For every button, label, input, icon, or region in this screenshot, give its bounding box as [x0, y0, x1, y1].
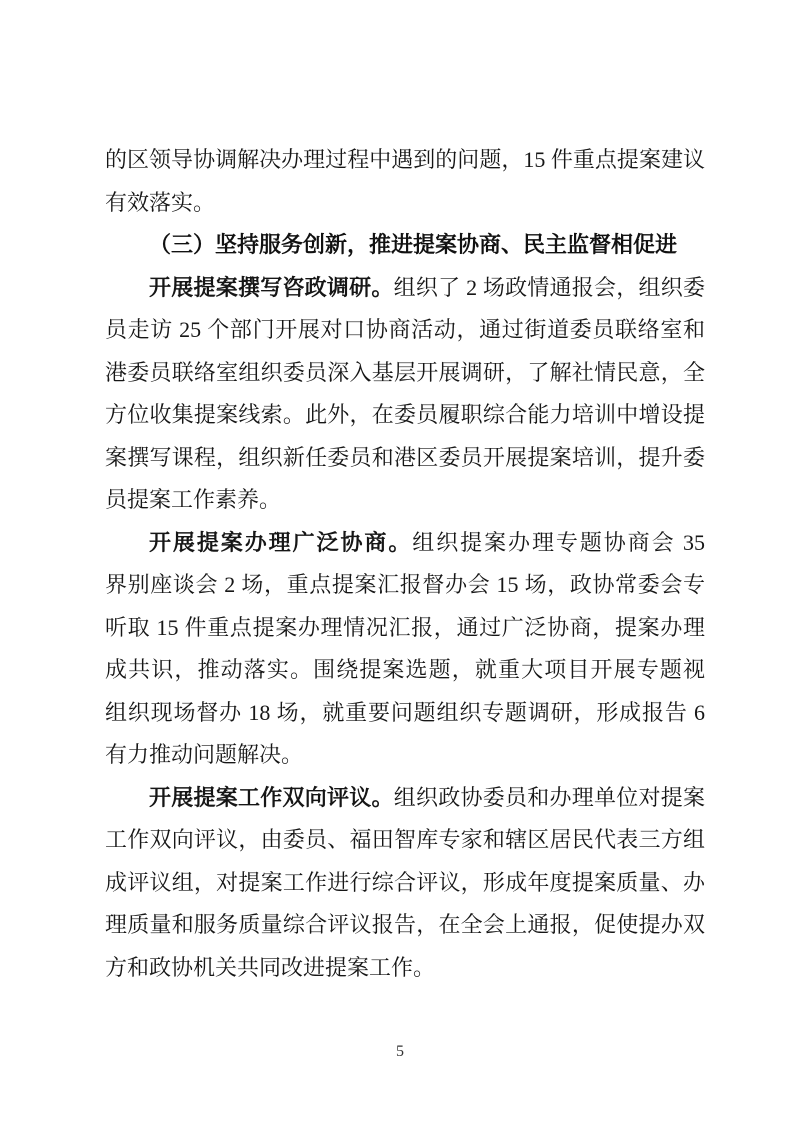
text-line: 的区领导协调解决办理过程中遇到的问题，15 件重点提案建议	[105, 139, 705, 182]
paragraph-end-line: 有效落实。	[105, 182, 705, 225]
document-page: 的区领导协调解决办理过程中遇到的问题，15 件重点提案建议 有效落实。 （三）坚…	[0, 0, 800, 1131]
text-line: 理质量和服务质量综合评议报告，在全会上通报，促使提办双	[105, 904, 705, 947]
text-line: 成共识，推动落实。围绕提案选题，就重大项目开展专题视察，	[105, 649, 705, 692]
text-line: 组织现场督办 18 场，就重要问题组织专题调研，形成报告 6 份，	[105, 692, 705, 735]
text-line: 案撰写课程，组织新任委员和港区委员开展提案培训，提升委	[105, 437, 705, 480]
paragraph-start-line: 开展提案撰写咨政调研。组织了 2 场政情通报会，组织委	[105, 267, 705, 310]
page-number: 5	[0, 1040, 800, 1064]
line-text: 组织了 2 场政情通报会，组织委	[394, 275, 705, 300]
paragraph-end-line: 员提案工作素养。	[105, 479, 705, 522]
section-heading: （三）坚持服务创新，推进提案协商、民主监督相促进	[105, 224, 705, 267]
paragraph-end-line: 方和政协机关共同改进提案工作。	[105, 947, 705, 990]
text-line: 方位收集提案线索。此外，在委员履职综合能力培训中增设提	[105, 394, 705, 437]
line-text: 组织政协委员和办理单位对提案	[394, 785, 705, 810]
text-line: 员走访 25 个部门开展对口协商活动，通过街道委员联络室和香	[105, 309, 705, 352]
paragraph-lead: 开展提案工作双向评议。	[149, 785, 394, 810]
text-line: 界别座谈会 2 场，重点提案汇报督办会 15 场，政协常委会专门	[105, 564, 705, 607]
paragraph-end-line: 有力推动问题解决。	[105, 734, 705, 777]
paragraph-start-line: 开展提案工作双向评议。组织政协委员和办理单位对提案	[105, 777, 705, 820]
text-line: 港委员联络室组织委员深入基层开展调研，了解社情民意，全	[105, 352, 705, 395]
text-line: 成评议组，对提案工作进行综合评议，形成年度提案质量、办	[105, 862, 705, 905]
paragraph-lead: 开展提案办理广泛协商。	[149, 530, 412, 555]
text-line: 听取 15 件重点提案办理情况汇报，通过广泛协商，提案办理达	[105, 607, 705, 650]
paragraph-start-line: 开展提案办理广泛协商。组织提案办理专题协商会 35 场，	[105, 522, 705, 565]
paragraph-lead: 开展提案撰写咨政调研。	[149, 275, 394, 300]
document-text: 的区领导协调解决办理过程中遇到的问题，15 件重点提案建议 有效落实。 （三）坚…	[105, 139, 705, 989]
text-line: 工作双向评议，由委员、福田智库专家和辖区居民代表三方组	[105, 819, 705, 862]
